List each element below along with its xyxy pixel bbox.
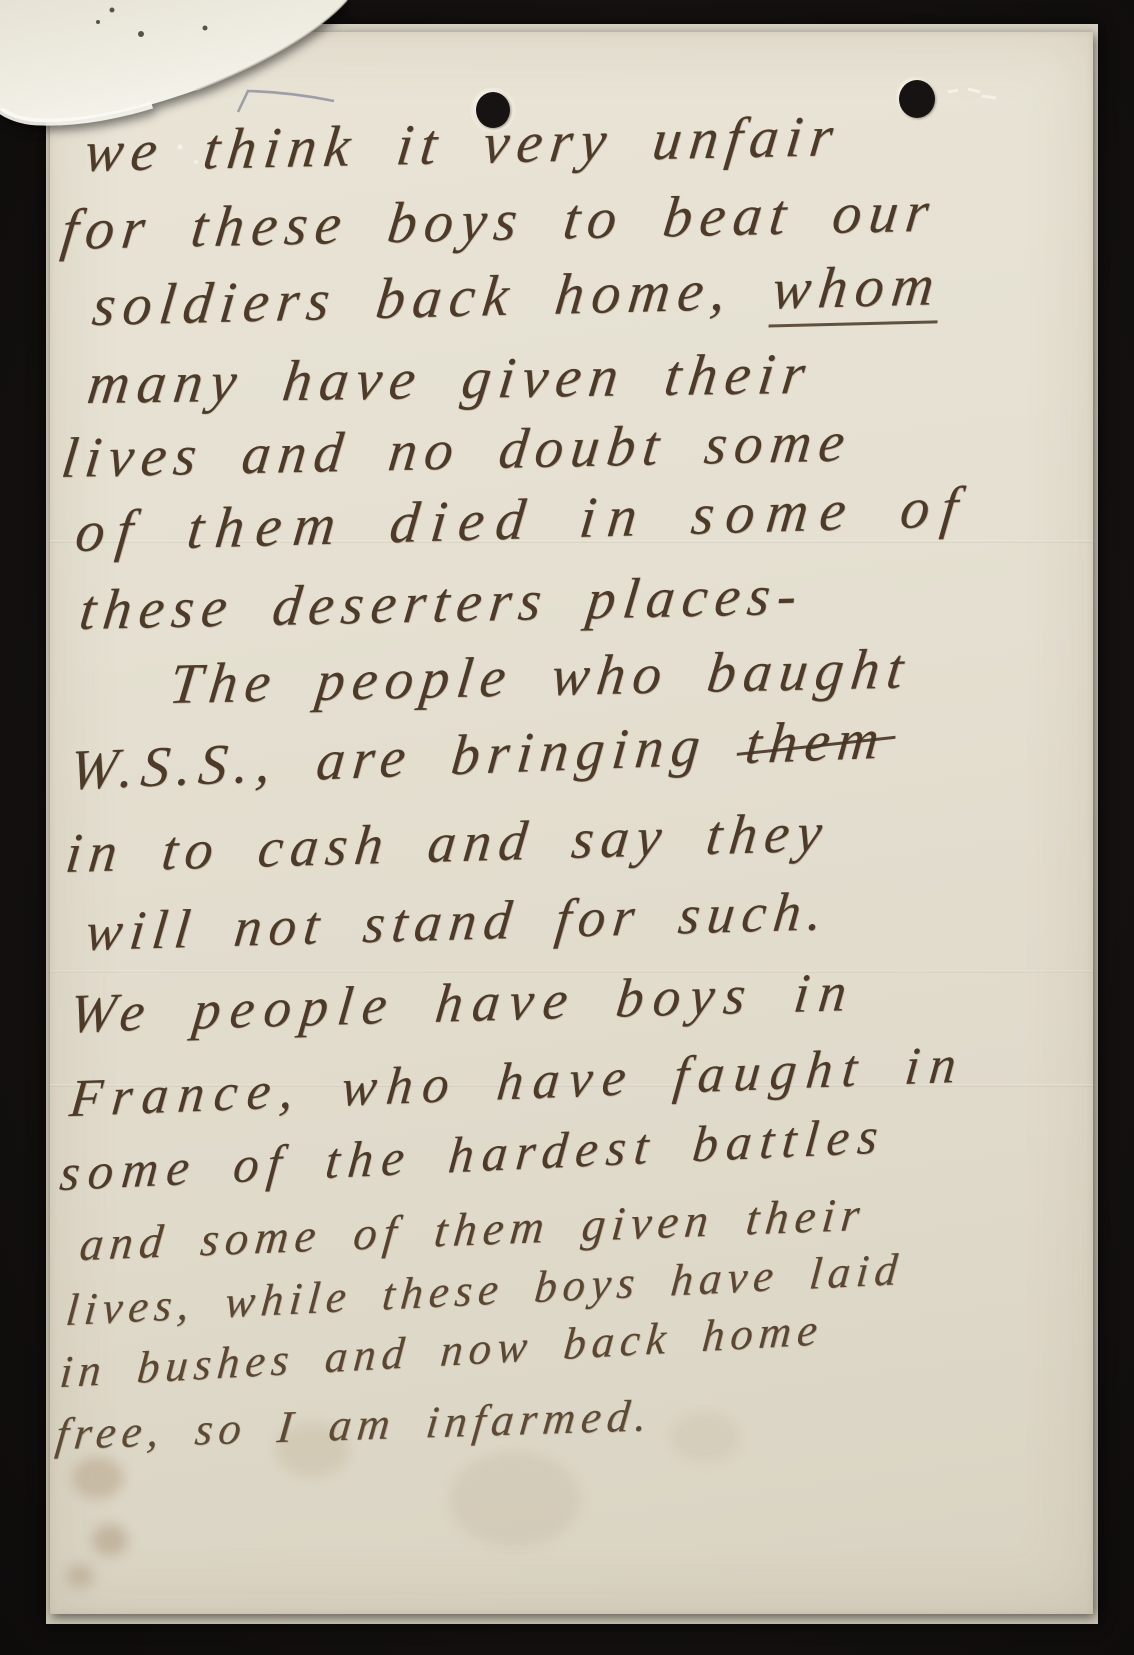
handwritten-line: soldiers back home, whom bbox=[89, 253, 945, 338]
scuff-marks bbox=[948, 89, 996, 98]
handwritten-line: in to cash and say they bbox=[63, 803, 833, 886]
pencil-mark bbox=[238, 91, 334, 112]
handwritten-line: for these boys to beat our bbox=[58, 180, 940, 262]
handwritten-line: W.S.S., are bringing them bbox=[67, 709, 889, 803]
handwritten-line: of them died in some of bbox=[72, 475, 972, 564]
handwritten-line: We people have boys in bbox=[67, 962, 859, 1045]
letter-page: we think it very unfairfor these boys to… bbox=[50, 32, 1093, 1614]
stain bbox=[670, 1412, 740, 1462]
struck-word: them bbox=[743, 708, 890, 777]
underlined-word: whom bbox=[768, 252, 945, 327]
stain bbox=[450, 1452, 580, 1547]
handwritten-line: lives and no doubt some bbox=[58, 411, 855, 490]
handwritten-line: many have given their bbox=[84, 342, 816, 416]
handwritten-line: these deserters places- bbox=[76, 565, 807, 643]
scan-background: we think it very unfairfor these boys to… bbox=[0, 0, 1134, 1655]
handwritten-line: will not stand for such. bbox=[83, 881, 833, 962]
handwritten-line: The people who baught bbox=[166, 638, 914, 716]
punch-hole-right bbox=[899, 80, 935, 118]
stain bbox=[66, 1564, 94, 1588]
handwritten-line: we think it very unfair bbox=[81, 104, 844, 184]
stain bbox=[72, 1457, 124, 1499]
stain bbox=[92, 1524, 128, 1556]
handwritten-line: free, so I am infarmed. bbox=[53, 1391, 655, 1459]
